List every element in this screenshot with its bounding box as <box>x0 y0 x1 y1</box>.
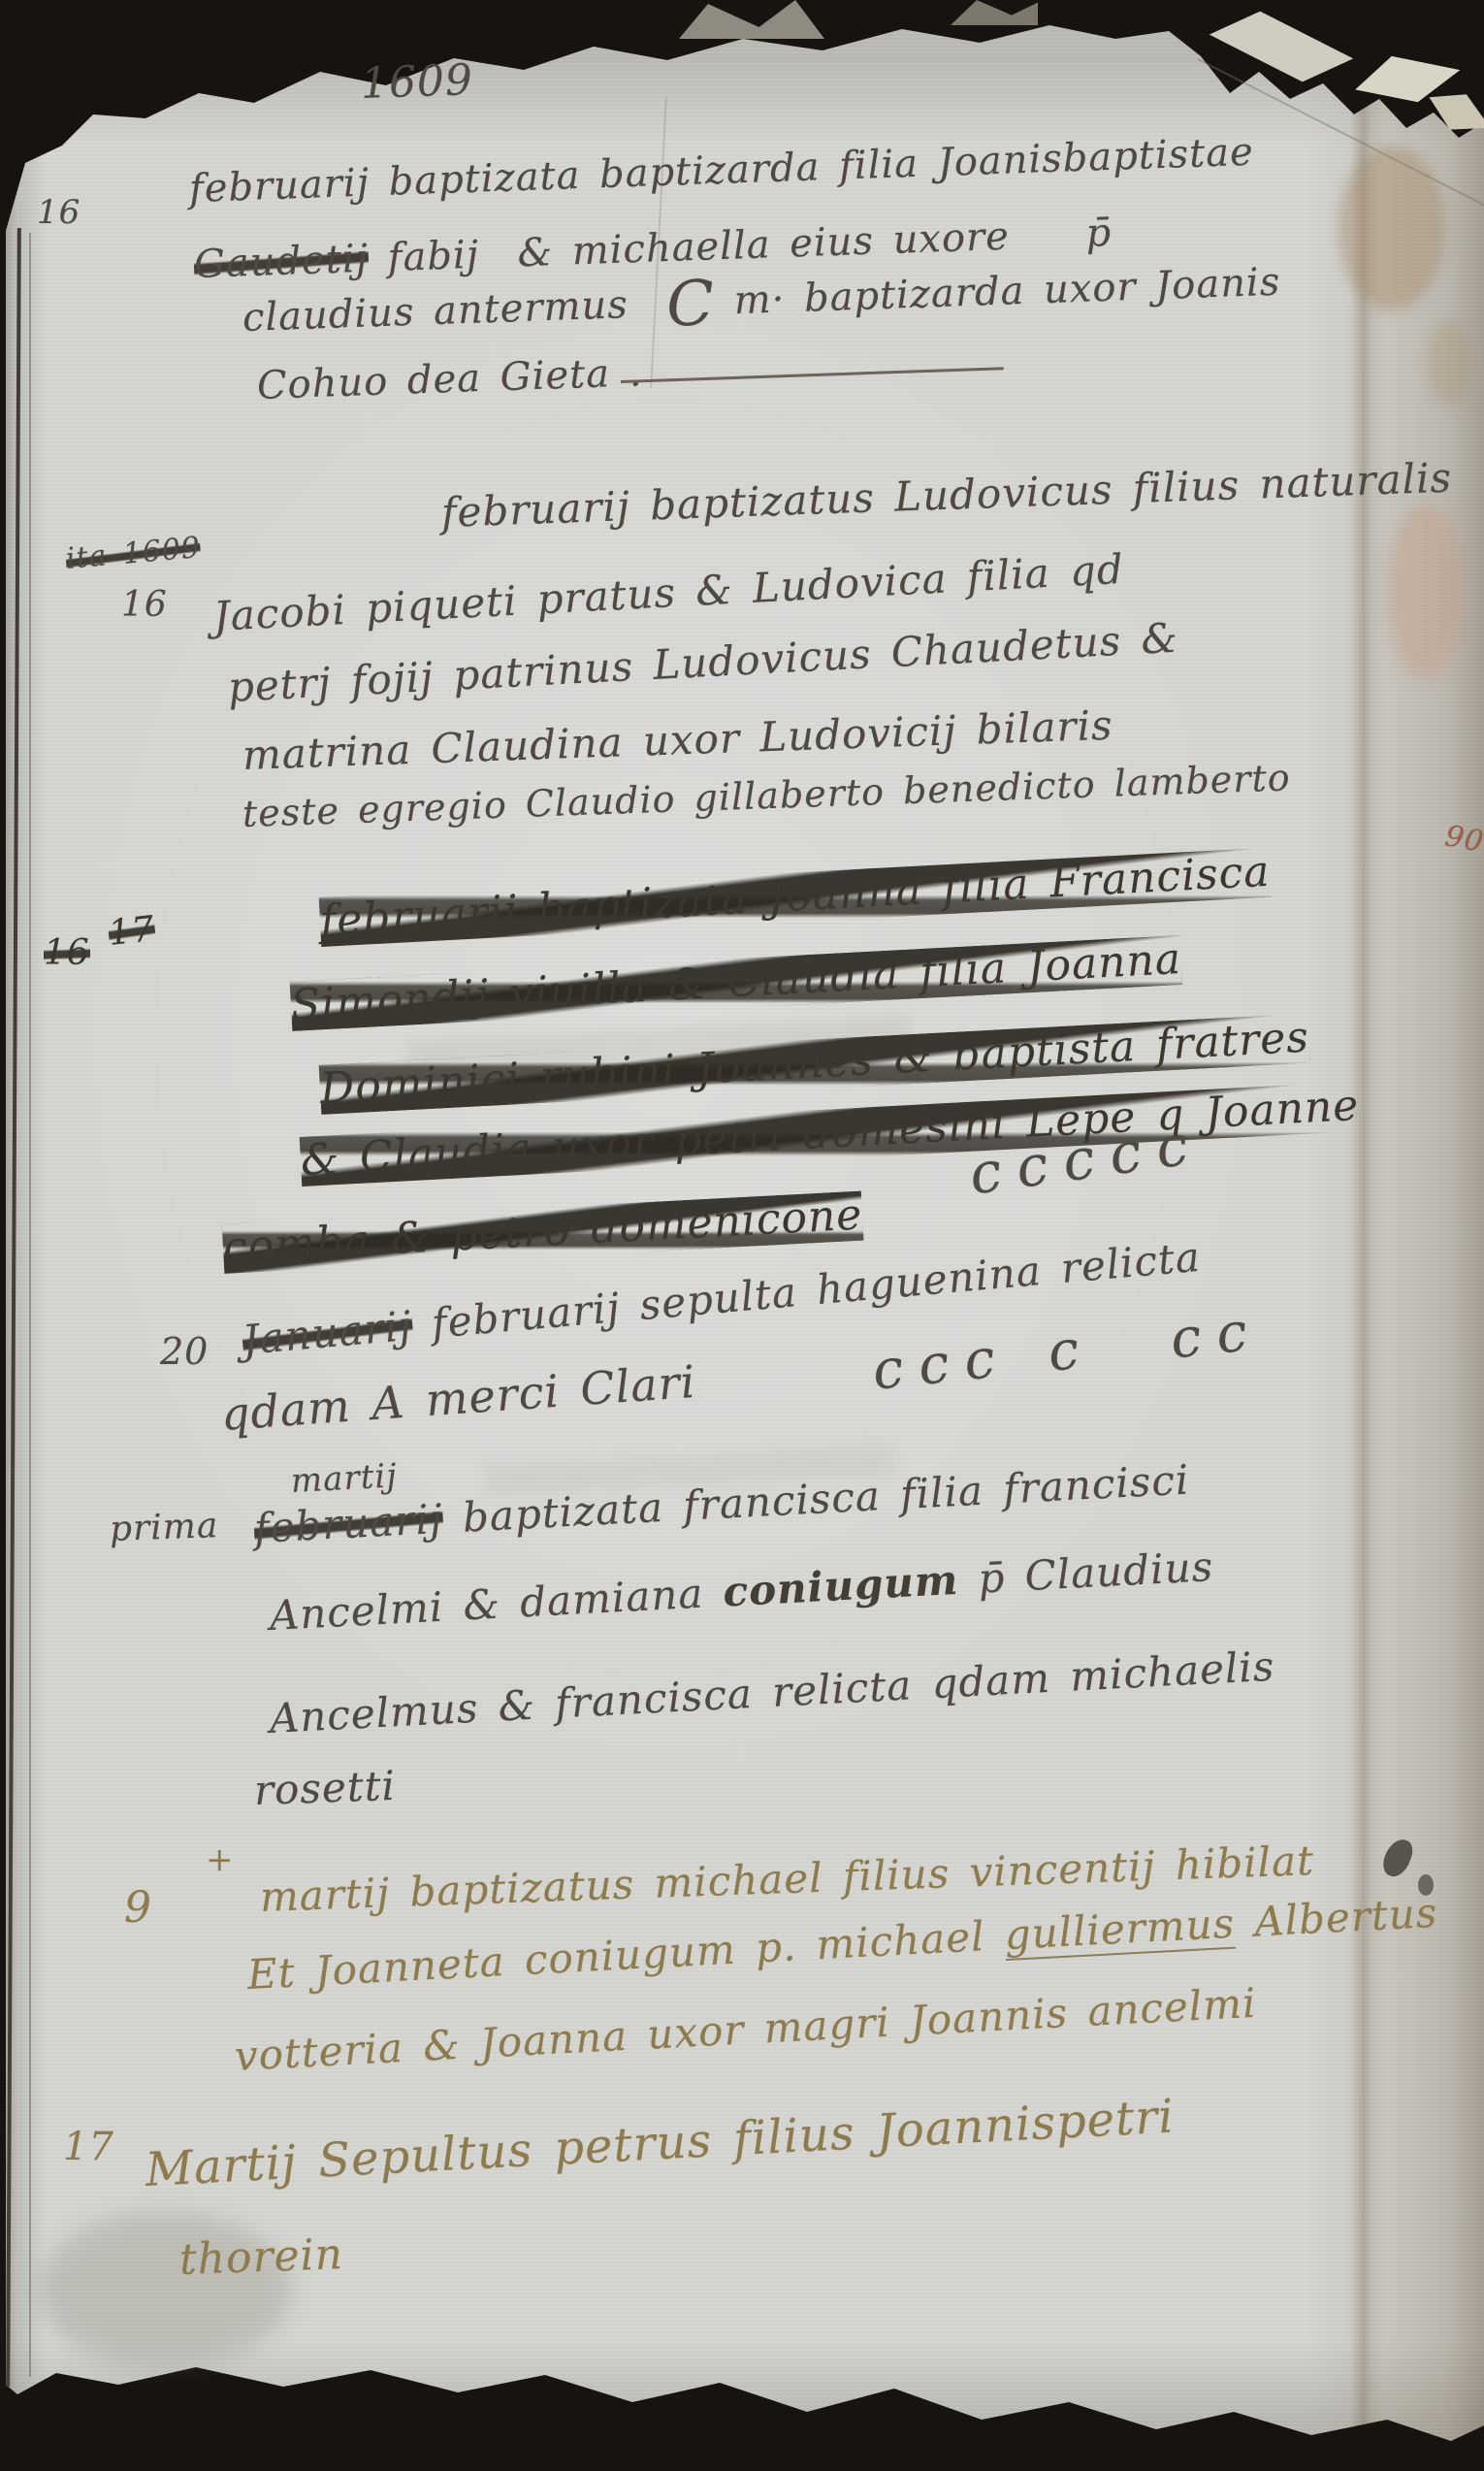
manuscript-photo: 1609 90 16 februarij baptizata baptizard… <box>0 0 1484 2471</box>
entry4-margin-day: 20 <box>160 1331 209 1374</box>
entry5-inserted-month: martij <box>290 1457 399 1501</box>
entry7-line2-text: thorein <box>178 2229 344 2285</box>
entry6-margin-day: 9 <box>124 1884 152 1934</box>
torn-flap <box>1350 43 1465 114</box>
entry5-line1-struck-word: februarij <box>253 1496 444 1552</box>
entry1-margin-day: 16 <box>37 194 81 232</box>
torn-flap <box>1204 1 1359 93</box>
entry1-line3-capital-c: C <box>665 268 717 341</box>
entry2-margin-day: 16 <box>121 585 168 625</box>
back-page-sliver <box>679 0 824 39</box>
entry7-margin-day-text: 17 <box>63 2125 114 2169</box>
entry6-cross-mark: + <box>206 1841 235 1879</box>
year-header: 1609 <box>360 56 474 110</box>
entry6-cross-mark-text: + <box>206 1840 235 1879</box>
entry3-margin-day-old: 16 <box>44 933 90 973</box>
entry3-margin-day: 17 <box>107 909 157 954</box>
entry5-inserted-month-text: martij <box>290 1456 399 1501</box>
entry5-line4-text: rosetti <box>253 1762 397 1814</box>
entry5-margin-note: prima <box>109 1506 219 1549</box>
entry5-margin-note-text: prima <box>109 1506 219 1549</box>
entry2-margin-day-text: 16 <box>121 585 168 625</box>
entry7-line2: thorein <box>178 2230 344 2285</box>
entry1-margin-day-text: 16 <box>37 193 81 232</box>
entry4-margin-day-text: 20 <box>160 1330 209 1373</box>
entry5-line4: rosetti <box>253 1763 397 1814</box>
folio-number: 90 <box>1442 820 1484 860</box>
entry6-margin-day-text: 9 <box>124 1883 152 1933</box>
entry3-margin-day-text: 17 <box>107 909 157 954</box>
back-page-sliver <box>951 0 1038 25</box>
entry7-margin-day: 17 <box>63 2125 114 2169</box>
year-header-text: 1609 <box>360 55 474 109</box>
folio-number-text: 90 <box>1442 819 1484 859</box>
entry1-line2-struck-word: Gaudetij <box>193 237 370 287</box>
entry3-margin-day-old-text: 16 <box>44 933 90 973</box>
